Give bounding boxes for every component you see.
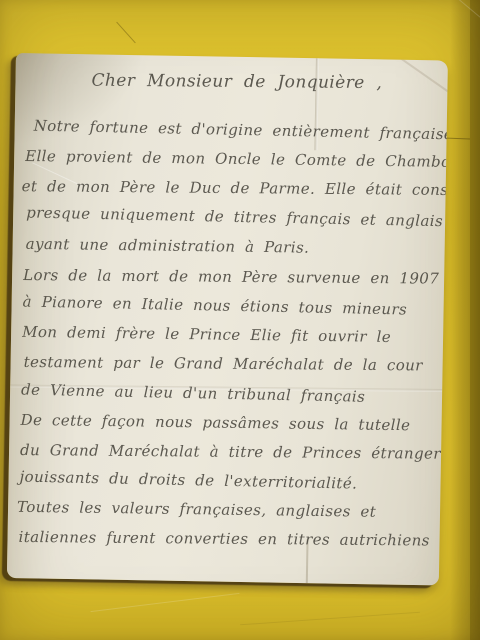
letter-line: du Grand Maréchalat à titre de Princes é… xyxy=(20,441,448,463)
letter-line: Toutes les valeurs françaises, anglaises… xyxy=(17,498,376,521)
background-right-edge xyxy=(470,0,480,640)
paper-corner-shadow xyxy=(7,53,157,155)
letter-line: à Pianore en Italie nous étions tous min… xyxy=(22,292,407,318)
letter-line: presque uniquement de titres français et… xyxy=(26,203,443,230)
letter-salutation: Cher Monsieur de Jonquière , xyxy=(91,71,382,94)
paper-crease-diagonal xyxy=(395,54,448,96)
letter-line: Elle provient de mon Oncle le Comte de C… xyxy=(25,147,448,171)
letter-line: De cette façon nous passâmes sous la tut… xyxy=(20,411,410,434)
letter-line: ayant une administration à Paris. xyxy=(26,235,310,257)
letter-line: Mon demi frère le Prince Elie fit ouvrir… xyxy=(22,323,391,346)
letter-photograph: Cher Monsieur de Jonquière , Notre fortu… xyxy=(0,0,480,640)
letter-line: testament par le Grand Maréchalat de la … xyxy=(24,353,423,374)
letter-line: de Vienne au lieu d'un tribunal français xyxy=(21,381,365,406)
background-scratch xyxy=(116,22,135,43)
letter-line: italiennes furent converties en titres a… xyxy=(18,528,429,550)
letter-paper: Cher Monsieur de Jonquière , Notre fortu… xyxy=(7,53,448,585)
letter-line: Lors de la mort de mon Père survenue en … xyxy=(23,266,439,288)
background-crease xyxy=(240,612,420,626)
background-crease xyxy=(90,593,239,612)
letter-line: jouissants du droits de l'exterritoriali… xyxy=(19,468,357,493)
letter-line: et de mon Père le Duc de Parme. Elle éta… xyxy=(22,177,448,199)
